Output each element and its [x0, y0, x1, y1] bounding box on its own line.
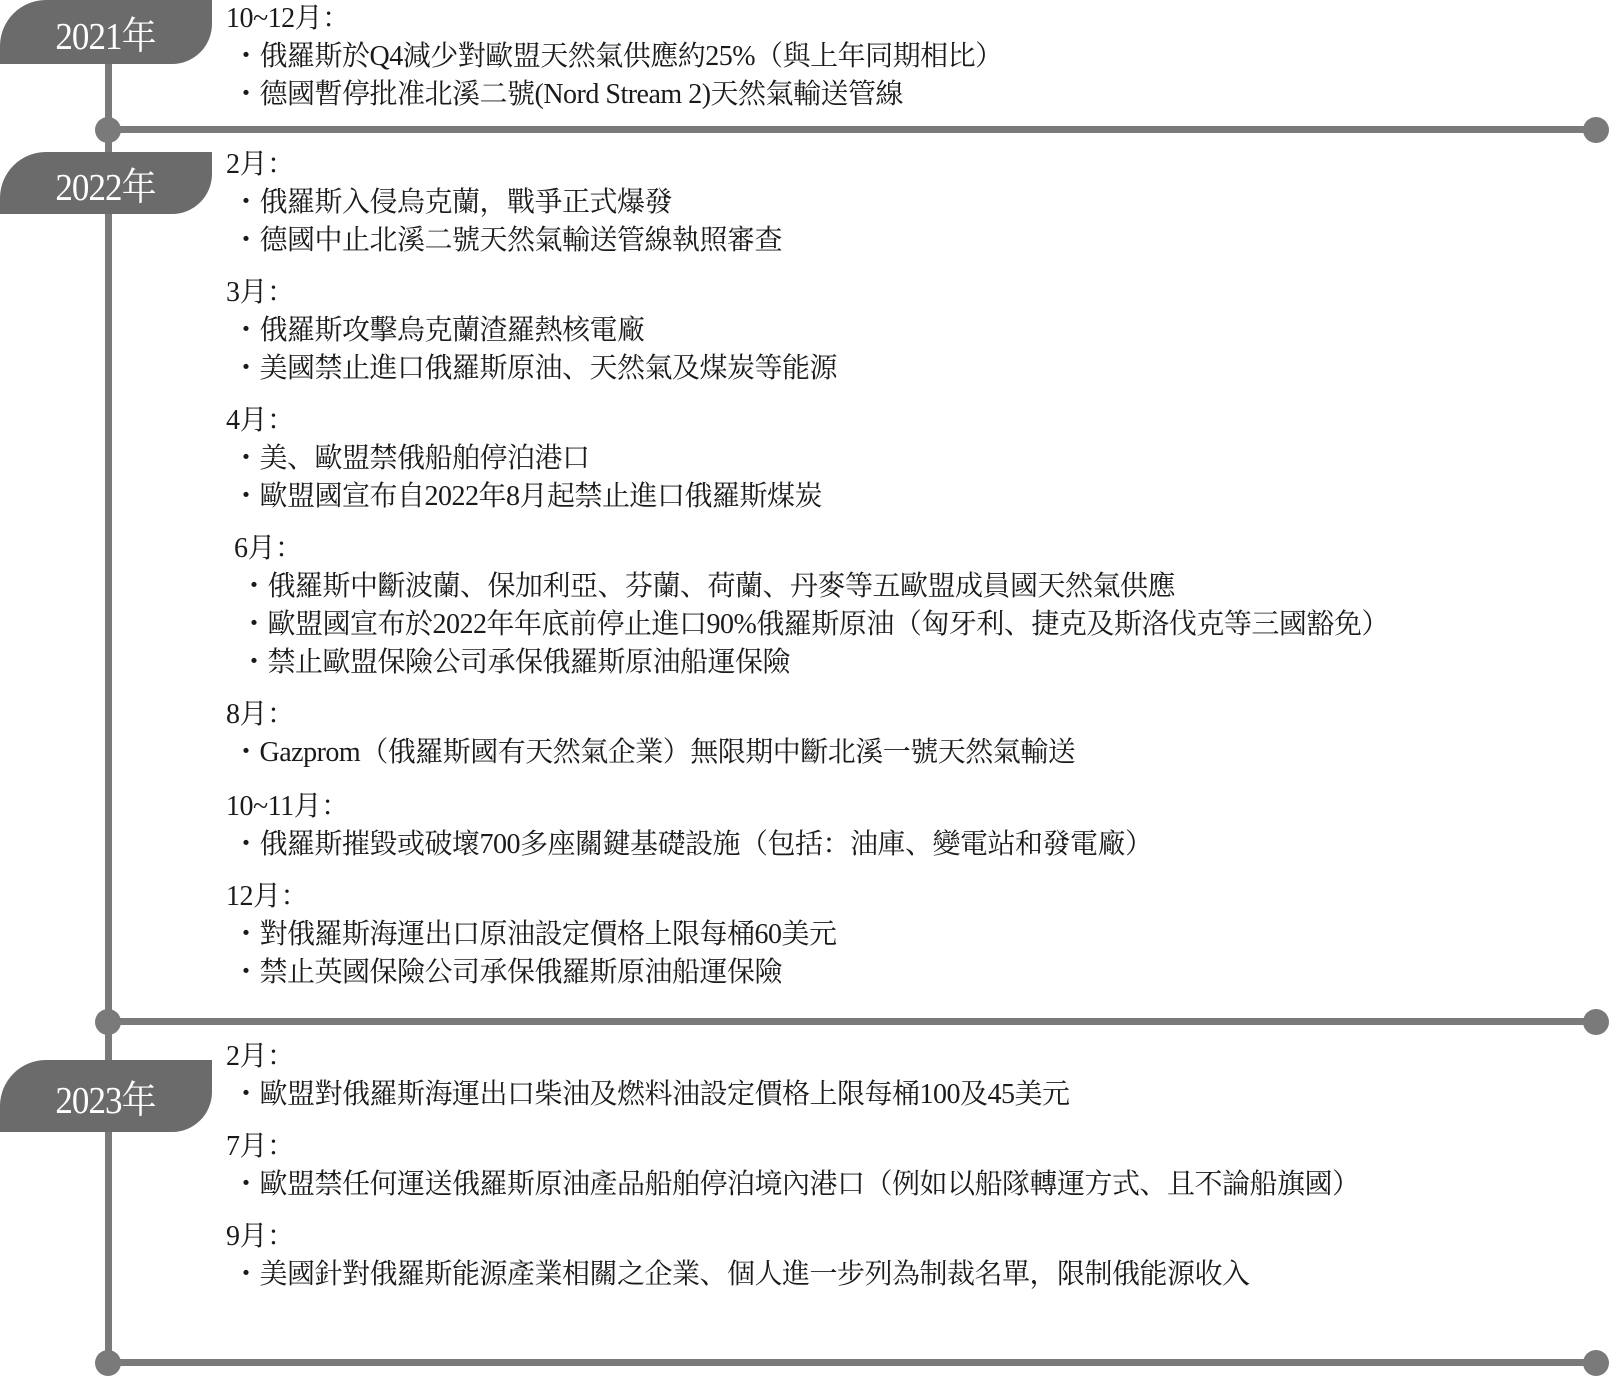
separator-line-2023 [108, 1359, 1598, 1366]
month-heading: 3月： [226, 274, 1389, 312]
month-heading: 2月： [226, 1038, 1360, 1076]
month-group: 6月： 俄羅斯中斷波蘭、保加利亞、芬蘭、荷蘭、丹麥等五歐盟成員國天然氣供應 歐盟… [226, 530, 1389, 682]
month-heading: 8月： [226, 696, 1389, 734]
event-item: 禁止歐盟保險公司承保俄羅斯原油船運保險 [234, 644, 1389, 682]
month-group: 10~12月： 俄羅斯於Q4減少對歐盟天然氣供應約25%（與上年同期相比） 德國… [226, 0, 1003, 114]
event-item: 德國中止北溪二號天然氣輸送管線執照審查 [226, 222, 1389, 260]
year-badge-2021: 2021年 [0, 0, 212, 64]
section-2023: 2月： 歐盟對俄羅斯海運出口柴油及燃料油設定價格上限每桶100及45美元 7月：… [226, 1038, 1360, 1308]
month-heading: 10~12月： [226, 0, 1003, 38]
section-2021: 10~12月： 俄羅斯於Q4減少對歐盟天然氣供應約25%（與上年同期相比） 德國… [226, 0, 1003, 128]
event-item: 歐盟國宣布自2022年8月起禁止進口俄羅斯煤炭 [226, 478, 1389, 516]
section-2022: 2月： 俄羅斯入侵烏克蘭，戰爭正式爆發 德國中止北溪二號天然氣輸送管線執照審查 … [226, 146, 1389, 1006]
timeline-dot [95, 1350, 121, 1376]
separator-line-2022 [108, 1018, 1598, 1025]
event-item: 歐盟對俄羅斯海運出口柴油及燃料油設定價格上限每桶100及45美元 [226, 1076, 1360, 1114]
year-label: 2023年 [56, 1069, 156, 1124]
timeline-dot [1583, 117, 1609, 143]
month-heading: 9月： [226, 1218, 1360, 1256]
month-group: 12月： 對俄羅斯海運出口原油設定價格上限每桶60美元 禁止英國保險公司承保俄羅… [226, 878, 1389, 992]
event-item: 德國暫停批准北溪二號(Nord Stream 2)天然氣輸送管線 [226, 76, 1003, 114]
event-item: 歐盟國宣布於2022年年底前停止進口90%俄羅斯原油（匈牙利、捷克及斯洛伐克等三… [234, 606, 1389, 644]
month-heading: 10~11月： [226, 788, 1389, 826]
event-item: 俄羅斯於Q4減少對歐盟天然氣供應約25%（與上年同期相比） [226, 38, 1003, 76]
year-badge-2022: 2022年 [0, 152, 212, 214]
month-group: 8月： Gazprom（俄羅斯國有天然氣企業）無限期中斷北溪一號天然氣輸送 [226, 696, 1389, 772]
timeline-dot [1583, 1009, 1609, 1035]
month-heading: 12月： [226, 878, 1389, 916]
event-item: 美國禁止進口俄羅斯原油、天然氣及煤炭等能源 [226, 350, 1389, 388]
event-item: 對俄羅斯海運出口原油設定價格上限每桶60美元 [226, 916, 1389, 954]
year-label: 2022年 [56, 156, 156, 211]
event-item: Gazprom（俄羅斯國有天然氣企業）無限期中斷北溪一號天然氣輸送 [226, 734, 1389, 772]
event-item: 俄羅斯攻擊烏克蘭渣羅熱核電廠 [226, 312, 1389, 350]
month-group: 2月： 俄羅斯入侵烏克蘭，戰爭正式爆發 德國中止北溪二號天然氣輸送管線執照審查 [226, 146, 1389, 260]
year-badge-2023: 2023年 [0, 1060, 212, 1132]
year-label: 2021年 [56, 5, 156, 60]
event-item: 歐盟禁任何運送俄羅斯原油產品船舶停泊境內港口（例如以船隊轉運方式、且不論船旗國） [226, 1166, 1360, 1204]
month-group: 3月： 俄羅斯攻擊烏克蘭渣羅熱核電廠 美國禁止進口俄羅斯原油、天然氣及煤炭等能源 [226, 274, 1389, 388]
month-group: 2月： 歐盟對俄羅斯海運出口柴油及燃料油設定價格上限每桶100及45美元 [226, 1038, 1360, 1114]
month-group: 4月： 美、歐盟禁俄船舶停泊港口 歐盟國宣布自2022年8月起禁止進口俄羅斯煤炭 [226, 402, 1389, 516]
month-group: 10~11月： 俄羅斯摧毀或破壞700多座關鍵基礎設施（包括：油庫、變電站和發電… [226, 788, 1389, 864]
month-heading: 6月： [234, 530, 1389, 568]
timeline-vertical-line [105, 56, 112, 1368]
event-item: 俄羅斯入侵烏克蘭，戰爭正式爆發 [226, 184, 1389, 222]
event-item: 禁止英國保險公司承保俄羅斯原油船運保險 [226, 954, 1389, 992]
event-item: 俄羅斯摧毀或破壞700多座關鍵基礎設施（包括：油庫、變電站和發電廠） [226, 826, 1389, 864]
month-heading: 4月： [226, 402, 1389, 440]
event-item: 美、歐盟禁俄船舶停泊港口 [226, 440, 1389, 478]
month-group: 7月： 歐盟禁任何運送俄羅斯原油產品船舶停泊境內港口（例如以船隊轉運方式、且不論… [226, 1128, 1360, 1204]
timeline-dot [1583, 1350, 1609, 1376]
month-heading: 2月： [226, 146, 1389, 184]
month-heading: 7月： [226, 1128, 1360, 1166]
event-item: 美國針對俄羅斯能源產業相關之企業、個人進一步列為制裁名單，限制俄能源收入 [226, 1256, 1360, 1294]
month-group: 9月： 美國針對俄羅斯能源產業相關之企業、個人進一步列為制裁名單，限制俄能源收入 [226, 1218, 1360, 1294]
timeline-dot [95, 1009, 121, 1035]
event-item: 俄羅斯中斷波蘭、保加利亞、芬蘭、荷蘭、丹麥等五歐盟成員國天然氣供應 [234, 568, 1389, 606]
timeline-dot [95, 117, 121, 143]
